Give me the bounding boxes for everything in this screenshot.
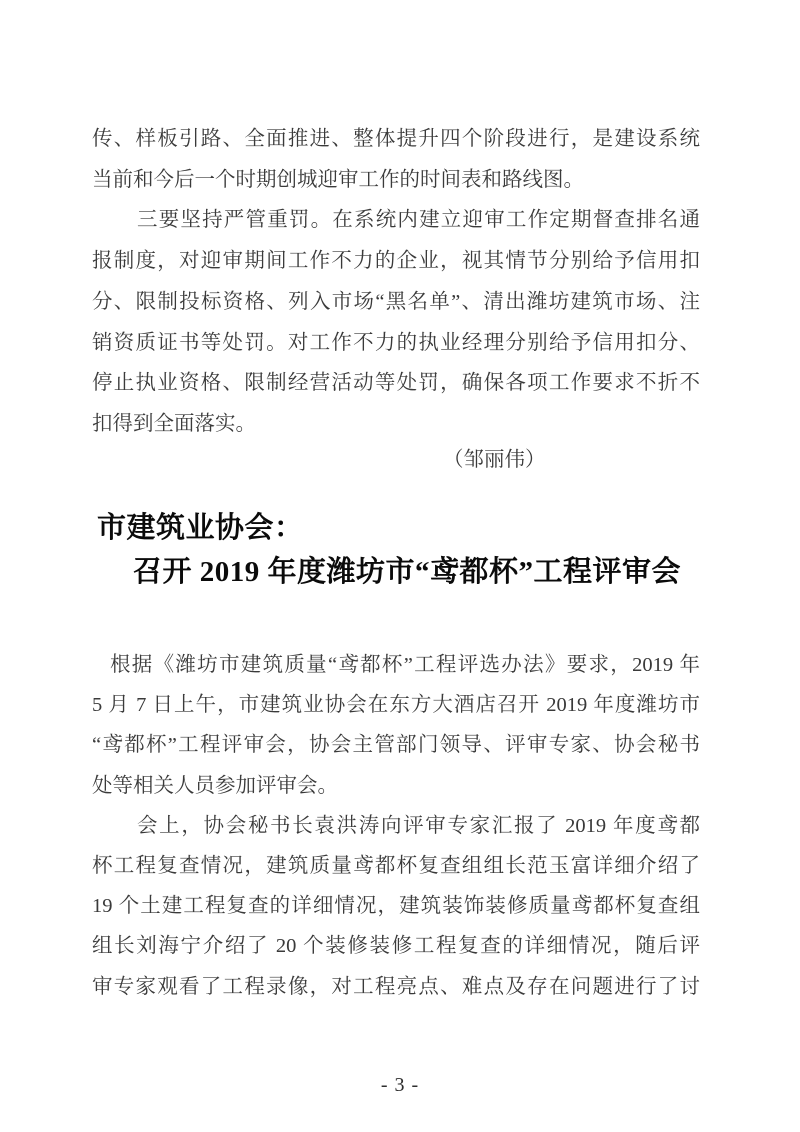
article2-line: 处等相关人员参加评审会。: [92, 766, 700, 806]
page-number: - 3 -: [0, 1074, 800, 1097]
article1-line: 三要坚持严管重罚。在系统内建立迎审工作定期督查排名通: [92, 200, 700, 241]
article1-line: 传、样板引路、全面推进、整体提升四个阶段进行，是建设系统: [92, 119, 700, 160]
article2-title-line1: 市建筑业协会：: [92, 506, 752, 550]
article2-title: 市建筑业协会： 召开 2019 年度潍坊市“鸢都杯”工程评审会: [92, 506, 752, 594]
article1-body: 传、样板引路、全面推进、整体提升四个阶段进行，是建设系统 当前和今后一个时期创城…: [92, 119, 700, 445]
article1-line: 停止执业资格、限制经营活动等处罚，确保各项工作要求不折不: [92, 363, 700, 404]
article2-line: 5 月 7 日上午，市建筑业协会在东方大酒店召开 2019 年度潍坊市: [92, 685, 700, 725]
article2-line: “鸢都杯”工程评审会，协会主管部门领导、评审专家、协会秘书: [92, 725, 700, 765]
article2-line: 审专家观看了工程录像，对工程亮点、难点及存在问题进行了讨: [92, 967, 700, 1007]
article1-line: 当前和今后一个时期创城迎审工作的时间表和路线图。: [92, 160, 700, 201]
article2-body: 根据《潍坊市建筑质量“鸢都杯”工程评选办法》要求，2019 年 5 月 7 日上…: [92, 645, 700, 1007]
article2-line: 19 个土建工程复查的详细情况，建筑装饰装修质量鸢都杯复查组: [92, 886, 700, 926]
article2-line: 会上，协会秘书长袁洪涛向评审专家汇报了 2019 年度鸢都: [92, 806, 700, 846]
article2-line: 杯工程复查情况，建筑质量鸢都杯复查组组长范玉富详细介绍了: [92, 846, 700, 886]
article1-line: 销资质证书等处罚。对工作不力的执业经理分别给予信用扣分、: [92, 323, 700, 364]
article2-line: 组长刘海宁介绍了 20 个装修装修工程复查的详细情况，随后评: [92, 926, 700, 966]
article2-title-line2: 召开 2019 年度潍坊市“鸢都杯”工程评审会: [92, 550, 752, 594]
article1-line: 扣得到全面落实。: [92, 404, 700, 445]
article2-line: 根据《潍坊市建筑质量“鸢都杯”工程评选办法》要求，2019 年: [92, 645, 700, 685]
author-signature: （邹丽伟）: [443, 440, 546, 481]
article1-line: 分、限制投标资格、列入市场“黑名单”、清出潍坊建筑市场、注: [92, 282, 700, 323]
article1-line: 报制度，对迎审期间工作不力的企业，视其情节分别给予信用扣: [92, 241, 700, 282]
